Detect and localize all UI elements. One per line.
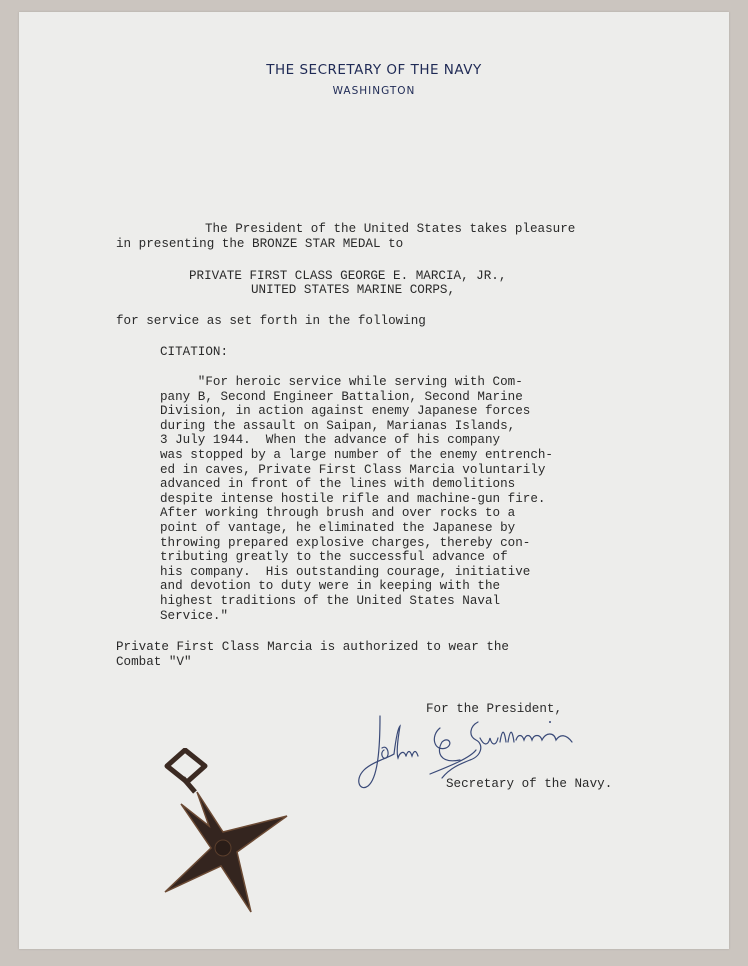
citation-line: After working through brush and over roc… — [160, 506, 515, 521]
citation-line: pany B, Second Engineer Battalion, Secon… — [160, 390, 523, 405]
citation-line: his company. His outstanding courage, in… — [160, 565, 530, 580]
citation-line: advanced in front of the lines with demo… — [160, 477, 515, 492]
citation-heading: CITATION: — [160, 345, 228, 360]
citation-line: Division, in action against enemy Japane… — [160, 404, 530, 419]
authorization-line-2: Combat "V" — [116, 655, 192, 670]
intro-line-1: The President of the United States takes… — [205, 222, 575, 237]
citation-line: during the assault on Saipan, Marianas I… — [160, 419, 515, 434]
citation-line: point of vantage, he eliminated the Japa… — [160, 521, 515, 536]
citation-line: Service." — [160, 609, 228, 624]
bronze-star-medal — [155, 748, 295, 918]
authorization-line-1: Private First Class Marcia is authorized… — [116, 640, 509, 655]
citation-line: highest traditions of the United States … — [160, 594, 500, 609]
citation-line: throwing prepared explosive charges, the… — [160, 536, 530, 551]
letterhead-subtitle: WASHINGTON — [19, 85, 729, 97]
signature — [350, 708, 610, 798]
intro-line-2: in presenting the BRONZE STAR MEDAL to — [116, 237, 403, 252]
service-line: for service as set forth in the followin… — [116, 314, 426, 329]
citation-line: tributing greatly to the successful adva… — [160, 550, 508, 565]
citation-line: and devotion to duty were in keeping wit… — [160, 579, 500, 594]
recipient-branch: UNITED STATES MARINE CORPS, — [251, 283, 455, 298]
citation-line: was stopped by a large number of the ene… — [160, 448, 553, 463]
citation-line: 3 July 1944. When the advance of his com… — [160, 433, 500, 448]
citation-line: despite intense hostile rifle and machin… — [160, 492, 545, 507]
citation-document: THE SECRETARY OF THE NAVY WASHINGTON The… — [19, 12, 729, 949]
citation-line: ed in caves, Private First Class Marcia … — [160, 463, 545, 478]
recipient-name: PRIVATE FIRST CLASS GEORGE E. MARCIA, JR… — [189, 269, 506, 284]
citation-line: "For heroic service while serving with C… — [160, 375, 523, 390]
letterhead-title: THE SECRETARY OF THE NAVY — [19, 62, 729, 78]
